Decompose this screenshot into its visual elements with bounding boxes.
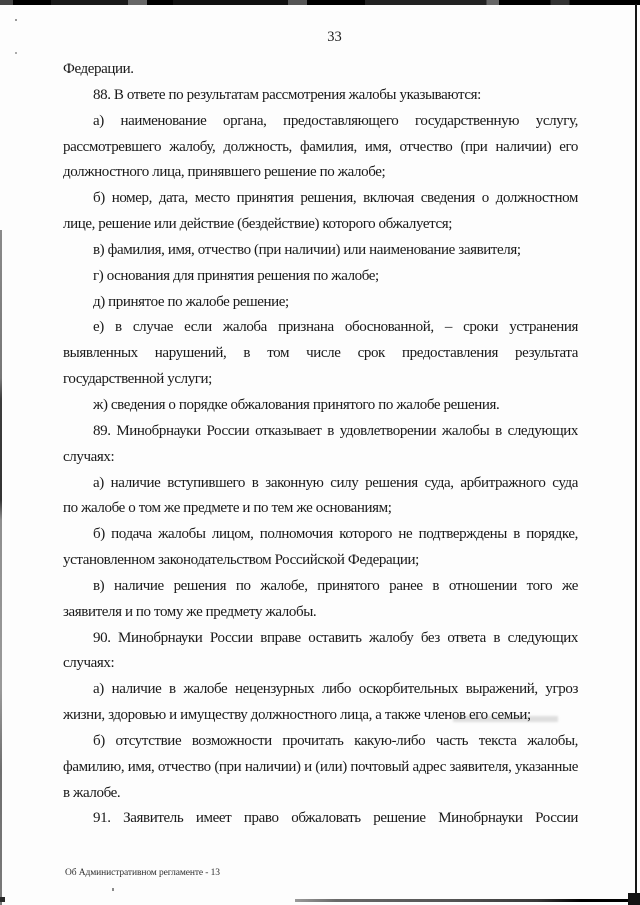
text-line: Федерации.: [63, 57, 578, 83]
text-line: должностного лица, принявшего решение по…: [63, 160, 578, 186]
scan-artifact-top-bar: [0, 0, 640, 5]
text-line: 88. В ответе по результатам рассмотрения…: [63, 83, 578, 109]
text-line: 89. Минобрнауки России отказывает в удов…: [63, 419, 578, 445]
text-line: в) фамилия, имя, отчество (при наличии) …: [63, 238, 578, 264]
text-line: установленном законодательством Российск…: [63, 548, 578, 574]
text-line: 91. Заявитель имеет право обжаловать реш…: [63, 806, 578, 832]
text-line: г) основания для принятия решения по жал…: [63, 264, 578, 290]
scan-artifact-right-line: [635, 4, 637, 903]
text-line: случаях:: [63, 445, 578, 471]
text-line: 90. Минобрнауки России вправе оставить ж…: [63, 626, 578, 652]
scan-artifact-bottom-left-chip: [0, 897, 5, 902]
text-line: б) номер, дата, место принятия решения, …: [63, 186, 578, 212]
text-line: случаях:: [63, 651, 578, 677]
text-line: выявленных нарушений, в том числе срок п…: [63, 341, 578, 367]
document-body: Федерации.88. В ответе по результатам ра…: [63, 57, 578, 832]
text-line: а) наличие в жалобе нецензурных либо оск…: [63, 677, 578, 703]
text-line: д) принятое по жалобе решение;: [63, 290, 578, 316]
text-line: в жалобе.: [63, 781, 578, 807]
text-line: б) отсутствие возможности прочитать каку…: [63, 729, 578, 755]
scan-artifact-bottom-corner: [628, 893, 640, 905]
text-line: а) наличие вступившего в законную силу р…: [63, 471, 578, 497]
text-line: по жалобе о том же предмете и по тем же …: [63, 496, 578, 522]
scan-speck: [112, 888, 114, 891]
text-line: жизни, здоровью и имуществу должностного…: [63, 703, 578, 729]
text-line: фамилию, имя, отчество (при наличии) и (…: [63, 755, 578, 781]
scan-speck: [15, 52, 17, 54]
text-line: заявителя и по тому же предмету жалобы.: [63, 600, 578, 626]
scan-artifact-left-line: [0, 230, 2, 905]
scanned-document-page: 33 Федерации.88. В ответе по результатам…: [0, 0, 640, 905]
text-line: рассмотревшего жалобу, должность, фамили…: [63, 135, 578, 161]
text-line: ж) сведения о порядке обжалования принят…: [63, 393, 578, 419]
text-line: б) подача жалобы лицом, полномочия котор…: [63, 522, 578, 548]
page-number: 33: [63, 29, 606, 46]
text-line: лице, решение или действие (бездействие)…: [63, 212, 578, 238]
text-line: в) наличие решения по жалобе, принятого …: [63, 574, 578, 600]
footer-note: Об Административном регламенте - 13: [65, 868, 220, 878]
scan-speck: [15, 19, 17, 21]
text-line: а) наименование органа, предоставляющего…: [63, 109, 578, 135]
text-line: государственной услуги;: [63, 367, 578, 393]
text-line: е) в случае если жалоба признана обоснов…: [63, 315, 578, 341]
scan-artifact-bottom-bar: [295, 899, 640, 902]
